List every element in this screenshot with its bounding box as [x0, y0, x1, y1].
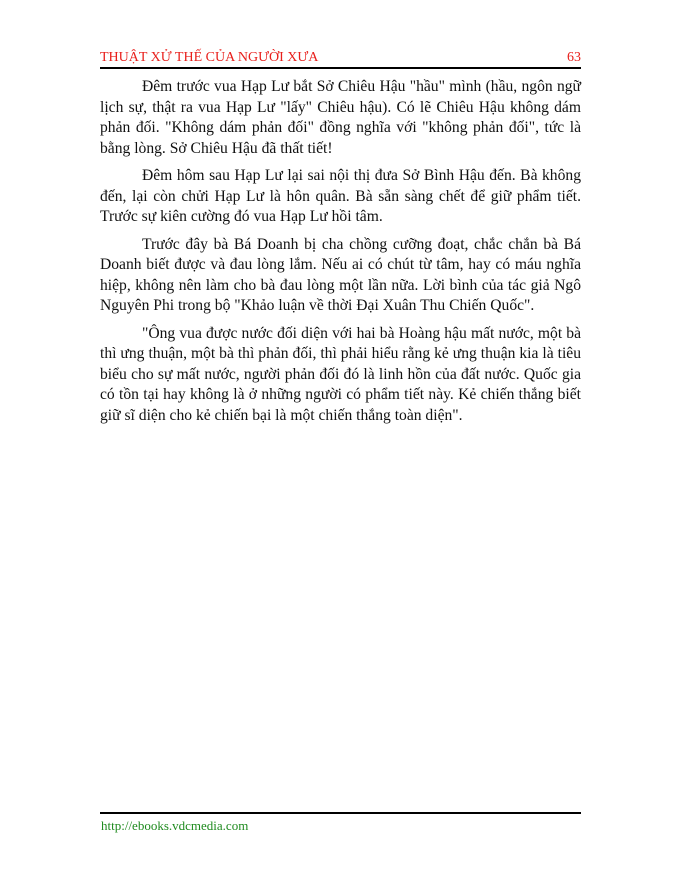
- body-text: Đêm trước vua Hạp Lư bắt Sở Chiêu Hậu "h…: [100, 77, 581, 433]
- footer-divider: [100, 812, 581, 814]
- paragraph: Đêm trước vua Hạp Lư bắt Sở Chiêu Hậu "h…: [100, 77, 581, 159]
- document-page: THUẬT XỬ THẾ CỦA NGƯỜI XƯA 63 Đêm trước …: [0, 0, 680, 880]
- paragraph: "Ông vua được nước đối diện với hai bà H…: [100, 324, 581, 427]
- page-header: THUẬT XỬ THẾ CỦA NGƯỜI XƯA 63: [100, 46, 581, 66]
- header-divider: [100, 67, 581, 69]
- paragraph: Trước đây bà Bá Doanh bị cha chồng cưỡng…: [100, 235, 581, 317]
- running-title: THUẬT XỬ THẾ CỦA NGƯỜI XƯA: [100, 50, 318, 66]
- page-number: 63: [567, 50, 581, 66]
- footer-link[interactable]: http://ebooks.vdcmedia.com: [101, 818, 248, 834]
- paragraph: Đêm hôm sau Hạp Lư lại sai nội thị đưa S…: [100, 166, 581, 228]
